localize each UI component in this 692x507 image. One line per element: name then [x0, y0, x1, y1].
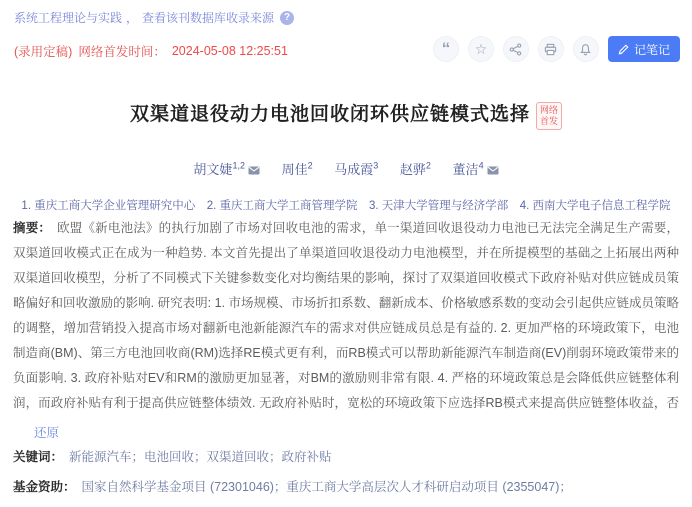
page-title: 双渠道退役动力电池回收闭环供应链模式选择	[130, 104, 530, 125]
publish-time-value: 2024-05-08 12:25:51	[172, 44, 288, 58]
alert-button[interactable]	[573, 36, 599, 62]
authors-row: 胡文婕1,2 周佳2 马成霞3 赵骅2 董洁4	[0, 159, 692, 178]
abstract-label: 摘要：	[13, 221, 51, 235]
printer-icon	[544, 43, 557, 56]
star-icon: ☆	[475, 42, 488, 56]
keywords-row: 关键词：新能源汽车；电池回收；双渠道回收；政府补贴	[13, 447, 679, 465]
take-notes-label: 记笔记	[634, 41, 670, 58]
favorite-button[interactable]: ☆	[468, 36, 494, 62]
title-row: 双渠道退役动力电池回收闭环供应链模式选择网络首发	[0, 99, 692, 130]
accepted-manuscript-tag: (录用定稿)	[14, 42, 72, 60]
restore-row: 还原	[34, 423, 59, 441]
author-link[interactable]: 赵骅2	[400, 162, 431, 177]
bell-icon	[579, 43, 592, 56]
author-link[interactable]: 董洁4	[453, 162, 499, 177]
publish-time-label: 网络首发时间：	[78, 42, 166, 60]
share-button[interactable]	[503, 36, 529, 62]
action-toolbar: “ ☆	[433, 36, 680, 62]
author-link[interactable]: 胡文婕1,2	[193, 162, 260, 177]
abstract-block: 摘要：欧盟《新电池法》的执行加剧了市场对回收电池的需求，单一渠道回收退役动力电池…	[13, 216, 679, 418]
affiliations: 1. 重庆工商大学企业管理研究中心 2. 重庆工商大学工商管理学院 3. 天津大…	[0, 197, 692, 213]
publish-info-line: (录用定稿) 网络首发时间： 2024-05-08 12:25:51	[14, 42, 288, 60]
online-first-badge: 网络首发	[536, 102, 562, 130]
author-link[interactable]: 周佳2	[282, 162, 313, 177]
funding-list[interactable]: 国家自然科学基金项目 (72301046)；重庆工商大学高层次人才科研启动项目 …	[82, 480, 572, 494]
help-icon[interactable]: ?	[280, 11, 294, 25]
mail-icon[interactable]	[248, 166, 260, 175]
restore-link[interactable]: 还原	[34, 426, 59, 440]
keywords-label: 关键词：	[13, 450, 63, 464]
share-icon	[509, 43, 522, 56]
separator: ，	[126, 9, 138, 26]
pencil-icon	[618, 44, 629, 55]
database-source-link[interactable]: 查看该刊数据库收录来源	[142, 9, 274, 26]
funding-label: 基金资助：	[13, 480, 76, 494]
quote-icon: “	[442, 45, 451, 53]
journal-name-link[interactable]: 系统工程理论与实践	[14, 9, 122, 26]
print-button[interactable]	[538, 36, 564, 62]
article-detail-page: 系统工程理论与实践 ， 查看该刊数据库收录来源 ? (录用定稿) 网络首发时间：…	[0, 0, 692, 507]
take-notes-button[interactable]: 记笔记	[608, 36, 680, 62]
keywords-list[interactable]: 新能源汽车；电池回收；双渠道回收；政府补贴	[69, 450, 332, 464]
author-link[interactable]: 马成霞3	[334, 162, 378, 177]
cite-button[interactable]: “	[433, 36, 459, 62]
abstract-text: 欧盟《新电池法》的执行加剧了市场对回收电池的需求，单一渠道回收退役动力电池已无法…	[13, 221, 679, 418]
journal-source-line: 系统工程理论与实践 ， 查看该刊数据库收录来源 ?	[14, 9, 294, 26]
funding-row: 基金资助：国家自然科学基金项目 (72301046)；重庆工商大学高层次人才科研…	[13, 477, 679, 495]
mail-icon[interactable]	[487, 166, 499, 175]
